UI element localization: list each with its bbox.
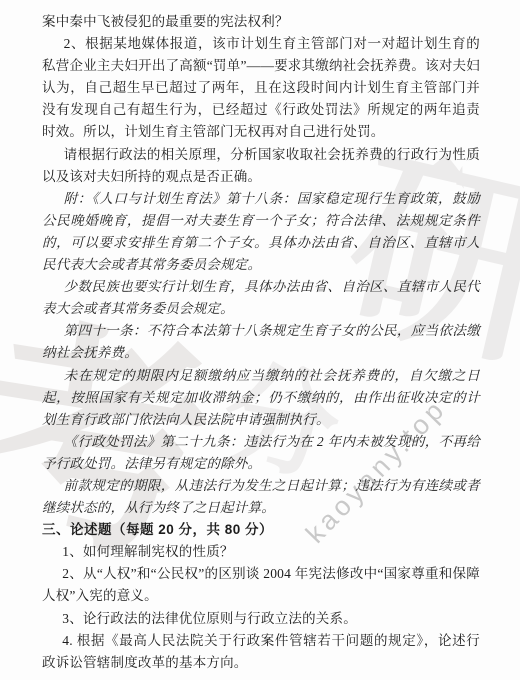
essay-question-4: 4. 根据《最高人民法院关于行政案件管辖若干问题的规定》，论述行政诉讼管辖制度改… [42, 630, 480, 674]
intro-line: 案中秦中飞被侵犯的最重要的宪法权利？ [42, 11, 480, 33]
essay-question-3: 3、论行政法的法律优位原则与行政立法的关系。 [42, 608, 480, 630]
statute-paragraph-article18: 附：《人口与计划生育法》第十八条：国家稳定现行生育政策，鼓励公民晚婚晚育，提倡一… [42, 188, 480, 276]
statute-paragraph-time-limit: 前款规定的期限，从违法行为发生之日起计算；违法行为有连续或者继续状态的，从行为终… [42, 475, 480, 519]
statute-paragraph-minorities: 少数民族也要实行计划生育，具体办法由省、自治区、直辖市人民代表大会或者其常务委员… [42, 276, 480, 320]
statute-paragraph-late-fee: 未在规定的期限内足额缴纳应当缴纳的社会抚养费的，自欠缴之日起，按照国家有关规定加… [42, 365, 480, 431]
statute-paragraph-article29: 《行政处罚法》第二十九条：违法行为在 2 年内未被发现的，不再给予行政处罚。法律… [42, 431, 480, 475]
essay-question-2: 2、从“人权”和“公民权”的区别谈 2004 年宪法修改中“国家尊重和保障人权”… [42, 563, 480, 607]
task-instruction-paragraph: 请根据行政法的相关原理，分析国家收取社会抚养费的行政行为性质以及该对夫妇所持的观… [42, 144, 480, 188]
section-header-essay-questions: 三、论述题（每题 20 分，共 80 分） [42, 519, 480, 541]
statute-paragraph-article41: 第四十一条：不符合本法第十八条规定生育子女的公民，应当依法缴纳社会抚养费。 [42, 320, 480, 364]
document-content: 案中秦中飞被侵犯的最重要的宪法权利？ 2、根据某地媒体报道，该市计划生育主管部门… [0, 0, 520, 674]
scanned-exam-page: 考 研 分 kaoyany.top 案中秦中飞被侵犯的最重要的宪法权利？ 2、根… [0, 0, 520, 680]
case-question-paragraph: 2、根据某地媒体报道，该市计划生育主管部门对一对超计划生育的私营企业主夫妇开出了… [42, 33, 480, 143]
essay-question-1: 1、如何理解制宪权的性质？ [42, 541, 480, 563]
